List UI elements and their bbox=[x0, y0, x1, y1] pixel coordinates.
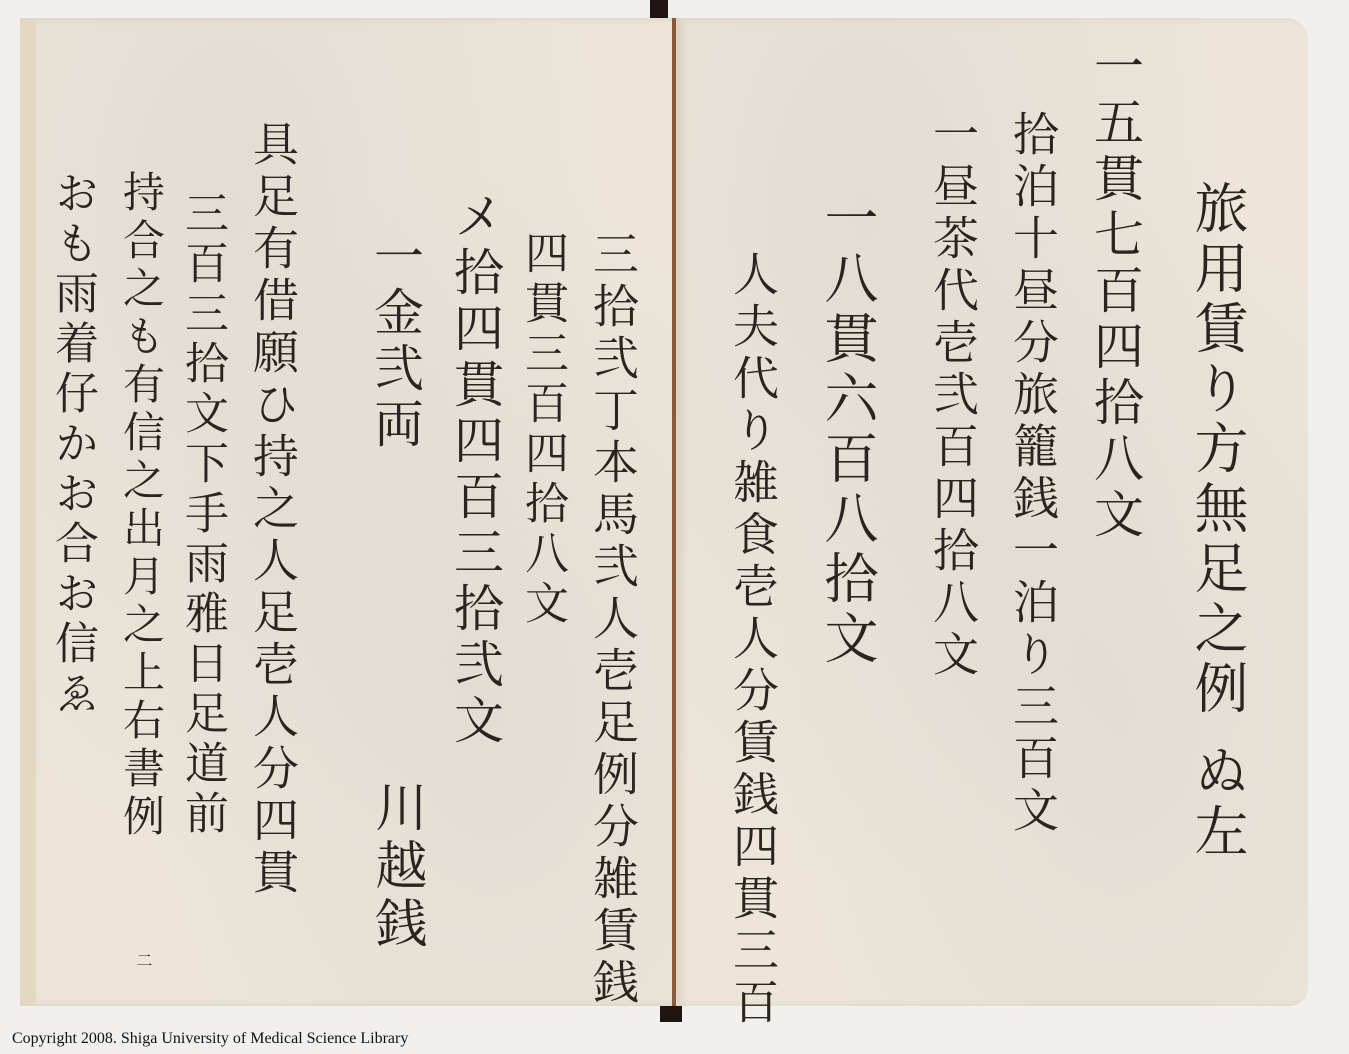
left-page-text-column: 四貫三百四拾八文 bbox=[520, 230, 564, 630]
left-page-text-column: 三百三拾文下手雨雅日足道前 bbox=[180, 190, 224, 840]
right-page-text-column: 旅用賃り方無足之例 ぬ左 bbox=[1190, 180, 1244, 863]
right-page-text-column: 一五貫七百四拾八文 bbox=[1090, 40, 1140, 544]
left-page-text-column: 持合之も有信之出月之上右書例 bbox=[120, 170, 162, 842]
book-spread: 旅用賃り方無足之例 ぬ左一五貫七百四拾八文拾泊十昼分旅籠銭一泊り三百文一昼茶代壱… bbox=[0, 0, 1349, 1022]
book-gutter bbox=[672, 18, 676, 1006]
left-page-text-column: おも雨着仔かお合お信ゑ bbox=[50, 170, 94, 720]
right-page-text-column: 一八貫六百八拾文 bbox=[820, 190, 874, 670]
right-page-text-column: 人夫代り雑食壱人分賃銭四貫三百 bbox=[730, 250, 776, 1030]
left-page-text-column: 一金弐両 bbox=[370, 230, 420, 454]
left-page-text-column: メ拾四貫四百三拾弐文 bbox=[450, 190, 500, 750]
right-page-text-column: 拾泊十昼分旅籠銭一泊り三百文 bbox=[1010, 110, 1056, 838]
left-page-text-column: 三拾弐丁本馬弐人壱足例分雑賃銭 bbox=[590, 230, 636, 1010]
copyright-caption: Copyright 2008. Shiga University of Medi… bbox=[12, 1030, 408, 1048]
left-page-text-column: 具足有借願ひ持之人足壱人分四貫 bbox=[250, 120, 296, 900]
page-number: 二 bbox=[132, 952, 155, 968]
left-page-text-column: 川越銭 bbox=[370, 780, 422, 954]
right-page-text-column: 一昼茶代壱弐百四拾八文 bbox=[930, 110, 976, 682]
bookmark-ribbon-bottom bbox=[660, 1006, 682, 1022]
